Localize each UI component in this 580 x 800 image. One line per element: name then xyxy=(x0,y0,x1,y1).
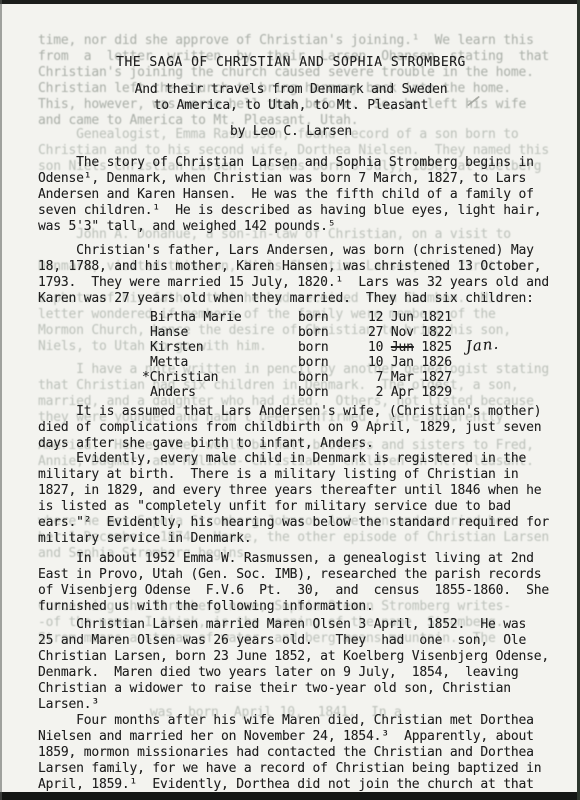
paragraph-genealogist: In about 1952 Emma W. Rasmussen, a genea… xyxy=(38,551,544,615)
child-name: Metta xyxy=(150,355,298,370)
birth-year: 1825 xyxy=(414,340,452,355)
child-row: Kirstenborn10 Jun 1825Jan. xyxy=(38,340,544,355)
struck-month: Jun xyxy=(391,340,414,355)
child-row: Mettaborn10 Jan 1826 xyxy=(38,355,544,370)
birth-date: 12 Jun 1821 xyxy=(368,310,452,325)
child-name: Hanse xyxy=(150,325,298,340)
born-label: born xyxy=(298,310,368,325)
child-row: *Christianborn 7 Mar 1827 xyxy=(38,370,544,385)
child-name: Kirsten xyxy=(150,340,298,355)
birth-date: 10 Jun 1825 xyxy=(368,340,452,355)
document-title: THE SAGA OF CHRISTIAN AND SOPHIA STROMBE… xyxy=(38,55,544,71)
born-label: born xyxy=(298,385,368,400)
paragraph-mother-death: It is assumed that Lars Andersen's wife,… xyxy=(38,404,544,452)
scan-edge-top xyxy=(0,0,580,4)
handwritten-correction: Jan. xyxy=(465,337,500,355)
document-subtitle: And their travels from Denmark and Swede… xyxy=(38,82,544,114)
children-birth-table: Birtha Marieborn12 Jun 1821 Hanseborn27 … xyxy=(38,310,544,400)
paragraph-military: Evidently, every male child in Denmark i… xyxy=(38,451,544,547)
birth-day: 10 xyxy=(368,340,391,355)
birth-date: 2 Apr 1829 xyxy=(368,385,452,400)
document-byline: by Leo C. Larsen xyxy=(38,124,544,140)
born-label: born xyxy=(298,370,368,385)
scan-edge-left xyxy=(0,0,2,800)
paragraph-first-marriage: Christian Larsen married Maren Olsen 3 A… xyxy=(38,617,544,713)
born-label: born xyxy=(298,325,368,340)
scanned-document-page: time, nor did she approve of Christian's… xyxy=(0,0,580,800)
birth-date: 27 Nov 1822 xyxy=(368,325,452,340)
child-name: *Christian xyxy=(142,370,298,385)
typewritten-content: THE SAGA OF CHRISTIAN AND SOPHIA STROMBE… xyxy=(0,0,580,800)
child-row: Birtha Marieborn12 Jun 1821 xyxy=(38,310,544,325)
child-name: Anders xyxy=(150,385,298,400)
paragraph-second-marriage: Four months after his wife Maren died, C… xyxy=(38,713,544,793)
scan-edge-bottom xyxy=(0,792,580,800)
born-label: born xyxy=(298,355,368,370)
born-label: born xyxy=(298,340,368,355)
child-name: Birtha Marie xyxy=(150,310,298,325)
paragraph-parents: Christian's father, Lars Andersen, was b… xyxy=(38,243,544,307)
birth-date: 10 Jan 1826 xyxy=(368,355,452,370)
birth-date: 7 Mar 1827 xyxy=(368,370,452,385)
paragraph-intro: The story of Christian Larsen and Sophia… xyxy=(38,155,544,235)
child-row: Andersborn 2 Apr 1829 xyxy=(38,385,544,400)
